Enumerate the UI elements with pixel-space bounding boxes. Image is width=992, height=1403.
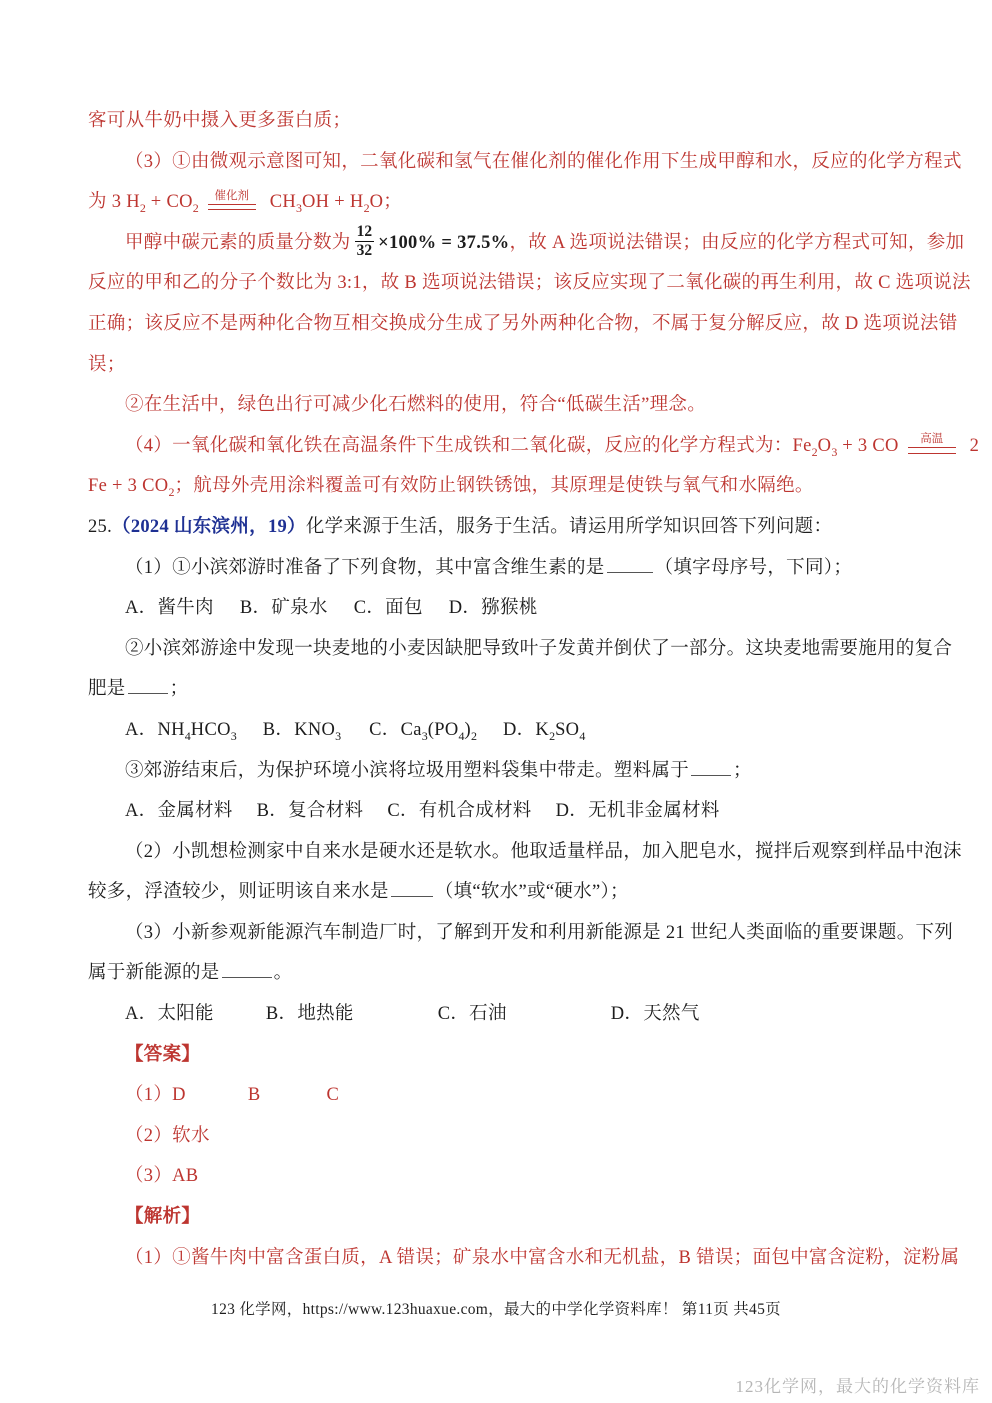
reaction-condition: 催化剂 [208,190,256,210]
text-segment: 25. [88,517,112,537]
text-segment: 。 [274,963,293,983]
text-line: 甲醇中碳元素的质量分数为1232×100% = 37.5%，故 A 选项说法错误… [88,223,918,264]
text-segment: 属于新能源的是 [88,963,220,983]
double-equals-line [208,204,256,211]
text-segment: ； [170,679,189,699]
text-segment: 2 [965,436,979,456]
text-segment: ③郊游结束后，为保护环境小滨将垃圾用塑料袋集中带走。塑料属于 [125,761,689,781]
text-segment: A．NH [125,720,185,740]
text-segment: B．KNO [263,720,335,740]
text-segment: SO [555,720,579,740]
spacer [423,612,449,613]
fraction: 1232 [355,223,375,260]
subscript: 3 [335,729,341,743]
subscript: 2 [471,729,477,743]
spacer [233,815,257,816]
fraction-numerator: 12 [355,223,375,242]
text-segment: B [248,1085,261,1105]
text-segment: ； [733,761,752,781]
spacer [237,734,263,735]
text-segment: ②小滨郊游途中发现一块麦地的小麦因缺肥导致叶子发黄并倒伏了一部分。这块麦地需要施… [125,639,952,659]
text-line: A．NH4HCO3B．KNO3C．Ca3(PO4)2D．K2SO4 [88,710,918,751]
text-segment: C [326,1085,339,1105]
text-segment: （填“软水”或“硬水”）； [435,882,629,902]
text-segment: HCO [191,720,231,740]
text-line: （3）小新参观新能源汽车制造厂时，了解到开发和利用新能源是 21 世纪人类面临的… [88,913,918,954]
text-segment: （2024 山东滨州，19） [112,517,306,537]
text-line: 客可从牛奶中摄入更多蛋白质； [88,101,918,142]
text-segment: D．天然气 [611,1004,700,1024]
text-segment: O [818,436,832,456]
text-line: A．太阳能B．地热能C．石油D．天然气 [88,994,918,1035]
text-segment: A．酱牛肉 [125,598,214,618]
spacer [507,1018,611,1019]
fill-in-blank [691,761,731,776]
text-segment: （3）小新参观新能源汽车制造厂时，了解到开发和利用新能源是 21 世纪人类面临的… [125,923,953,943]
condition-label: 高温 [908,433,956,447]
text-segment: ，故 A 选项说法错误；由反应的化学方程式可知，参加 [509,233,964,253]
text-line: （4）一氧化碳和氧化铁在高温条件下生成铁和二氧化碳，反应的化学方程式为：Fe2O… [88,426,918,467]
text-line: ③郊游结束后，为保护环境小滨将垃圾用塑料袋集中带走。塑料属于； [88,751,918,792]
condition-label: 催化剂 [208,190,256,204]
spacer [477,734,503,735]
text-line: ②小滨郊游途中发现一块麦地的小麦因缺肥导致叶子发黄并倒伏了一部分。这块麦地需要施… [88,629,918,670]
text-line: 属于新能源的是。 [88,953,918,994]
text-line: 正确；该反应不是两种化合物互相交换成分生成了另外两种化合物，不属于复分解反应，故… [88,304,918,345]
text-line: 为 3 H2 + CO2催化剂 CH3OH + H2O； [88,182,918,223]
spacer [341,734,369,735]
text-segment: B．矿泉水 [240,598,328,618]
text-segment: D．猕猴桃 [449,598,538,618]
text-segment: CH [265,192,296,212]
text-segment: + CO [146,192,193,212]
fill-in-blank [222,963,272,978]
document-body: 客可从牛奶中摄入更多蛋白质；（3）①由微观示意图可知，二氧化碳和氢气在催化剂的催… [88,101,918,1278]
text-segment: （1）D [125,1085,186,1105]
text-segment: （3）AB [125,1166,198,1186]
spacer [260,1099,326,1100]
text-segment: 反应的甲和乙的分子个数比为 3:1，故 B 选项说法错误；该反应实现了二氧化碳的… [88,273,971,293]
text-line: 25.（2024 山东滨州，19）化学来源于生活，服务于生活。请运用所学知识回答… [88,507,918,548]
text-line: Fe + 3 CO2；航母外壳用涂料覆盖可有效防止钢铁锈蚀，其原理是使铁与氧气和… [88,466,918,507]
text-line: A．酱牛肉B．矿泉水C．面包D．猕猴桃 [88,588,918,629]
text-segment: 肥是 [88,679,126,699]
text-segment: （填字母序号，下同）； [655,558,853,578]
text-segment: （2）小凯想检测家中自来水是硬水还是软水。他取适量样品，加入肥皂水，搅拌后观察到… [125,842,962,862]
text-segment: 【解析】 [125,1207,200,1227]
page-footer: 123 化学网，https://www.123huaxue.com，最大的中学化… [0,1297,992,1319]
spacer [214,1018,266,1019]
text-line: （3）①由微观示意图可知，二氧化碳和氢气在催化剂的催化作用下生成甲醇和水，反应的… [88,142,918,183]
fill-in-blank [607,558,653,573]
spacer [363,815,387,816]
text-segment: （1）①酱牛肉中富含蛋白质，A 错误；矿泉水中富含水和无机盐，B 错误；面包中富… [125,1248,959,1268]
text-segment: (PO [428,720,459,740]
text-segment: D．无机非金属材料 [556,801,720,821]
text-segment: B．地热能 [266,1004,354,1024]
text-segment: 甲醇中碳元素的质量分数为 [125,233,351,253]
text-segment: ②在生活中，绿色出行可减少化石燃料的使用，符合“低碳生活”理念。 [125,395,706,415]
text-line: （1）①小滨郊游时准备了下列食物，其中富含维生素的是（填字母序号，下同）； [88,548,918,589]
subscript: 2 [193,201,199,215]
text-segment: C．面包 [354,598,423,618]
text-segment: 正确；该反应不是两种化合物互相交换成分生成了另外两种化合物，不属于复分解反应，故… [88,314,958,334]
text-segment: 误； [88,355,126,375]
document-page: { "page": { "colors": { "red": "#bd3530"… [0,0,992,1403]
spacer [328,612,354,613]
text-segment: C．有机合成材料 [387,801,531,821]
text-line: （1）DBC [88,1075,918,1116]
text-segment: （3）①由微观示意图可知，二氧化碳和氢气在催化剂的催化作用下生成甲醇和水，反应的… [125,152,962,172]
text-line: 误； [88,345,918,386]
text-line: 【解析】 [88,1197,918,1238]
text-segment: （2）软水 [125,1126,210,1146]
text-segment: O； [370,192,402,212]
text-segment: （1）①小滨郊游时准备了下列食物，其中富含维生素的是 [125,558,605,578]
text-line: （2）小凯想检测家中自来水是硬水还是软水。他取适量样品，加入肥皂水，搅拌后观察到… [88,832,918,873]
text-line: 较多，浮渣较少，则证明该自来水是（填“软水”或“硬水”）； [88,872,918,913]
fill-in-blank [128,679,168,694]
text-segment: D．K [503,720,549,740]
text-segment: OH + H [302,192,364,212]
text-segment: A．太阳能 [125,1004,214,1024]
subscript: 3 [231,729,237,743]
text-line: （3）AB [88,1156,918,1197]
text-line: A．金属材料B．复合材料C．有机合成材料D．无机非金属材料 [88,791,918,832]
text-segment: B．复合材料 [257,801,364,821]
text-segment: 客可从牛奶中摄入更多蛋白质； [88,111,351,131]
text-segment: + 3 CO [837,436,898,456]
double-equals-line [908,447,956,454]
reaction-condition: 高温 [908,433,956,453]
text-segment: （4）一氧化碳和氧化铁在高温条件下生成铁和二氧化碳，反应的化学方程式为：Fe [125,436,812,456]
watermark: 123化学网，最大的化学资料库 [736,1372,981,1397]
text-line: 反应的甲和乙的分子个数比为 3:1，故 B 选项说法错误；该反应实现了二氧化碳的… [88,263,918,304]
text-segment: 较多，浮渣较少，则证明该自来水是 [88,882,389,902]
text-segment: 化学来源于生活，服务于生活。请运用所学知识回答下列问题： [306,517,832,537]
text-segment: A．金属材料 [125,801,233,821]
text-segment: 为 3 H [88,192,140,212]
spacer [214,612,240,613]
fraction-denominator: 32 [355,242,375,260]
fill-in-blank [391,882,433,897]
text-line: 肥是； [88,669,918,710]
subscript: 4 [579,729,585,743]
text-line: （1）①酱牛肉中富含蛋白质，A 错误；矿泉水中富含水和无机盐，B 错误；面包中富… [88,1238,918,1279]
text-segment: C．Ca [369,720,422,740]
text-segment: ；航母外壳用涂料覆盖可有效防止钢铁锈蚀，其原理是使铁与氧气和水隔绝。 [174,476,813,496]
text-line: 【答案】 [88,1035,918,1076]
spacer [532,815,556,816]
text-segment: C．石油 [438,1004,507,1024]
spacer [186,1099,248,1100]
text-line: （2）软水 [88,1116,918,1157]
text-segment: ×100% = 37.5% [378,233,509,253]
text-segment: 【答案】 [125,1045,200,1065]
spacer [354,1018,438,1019]
text-line: ②在生活中，绿色出行可减少化石燃料的使用，符合“低碳生活”理念。 [88,385,918,426]
text-segment: Fe + 3 CO [88,476,168,496]
